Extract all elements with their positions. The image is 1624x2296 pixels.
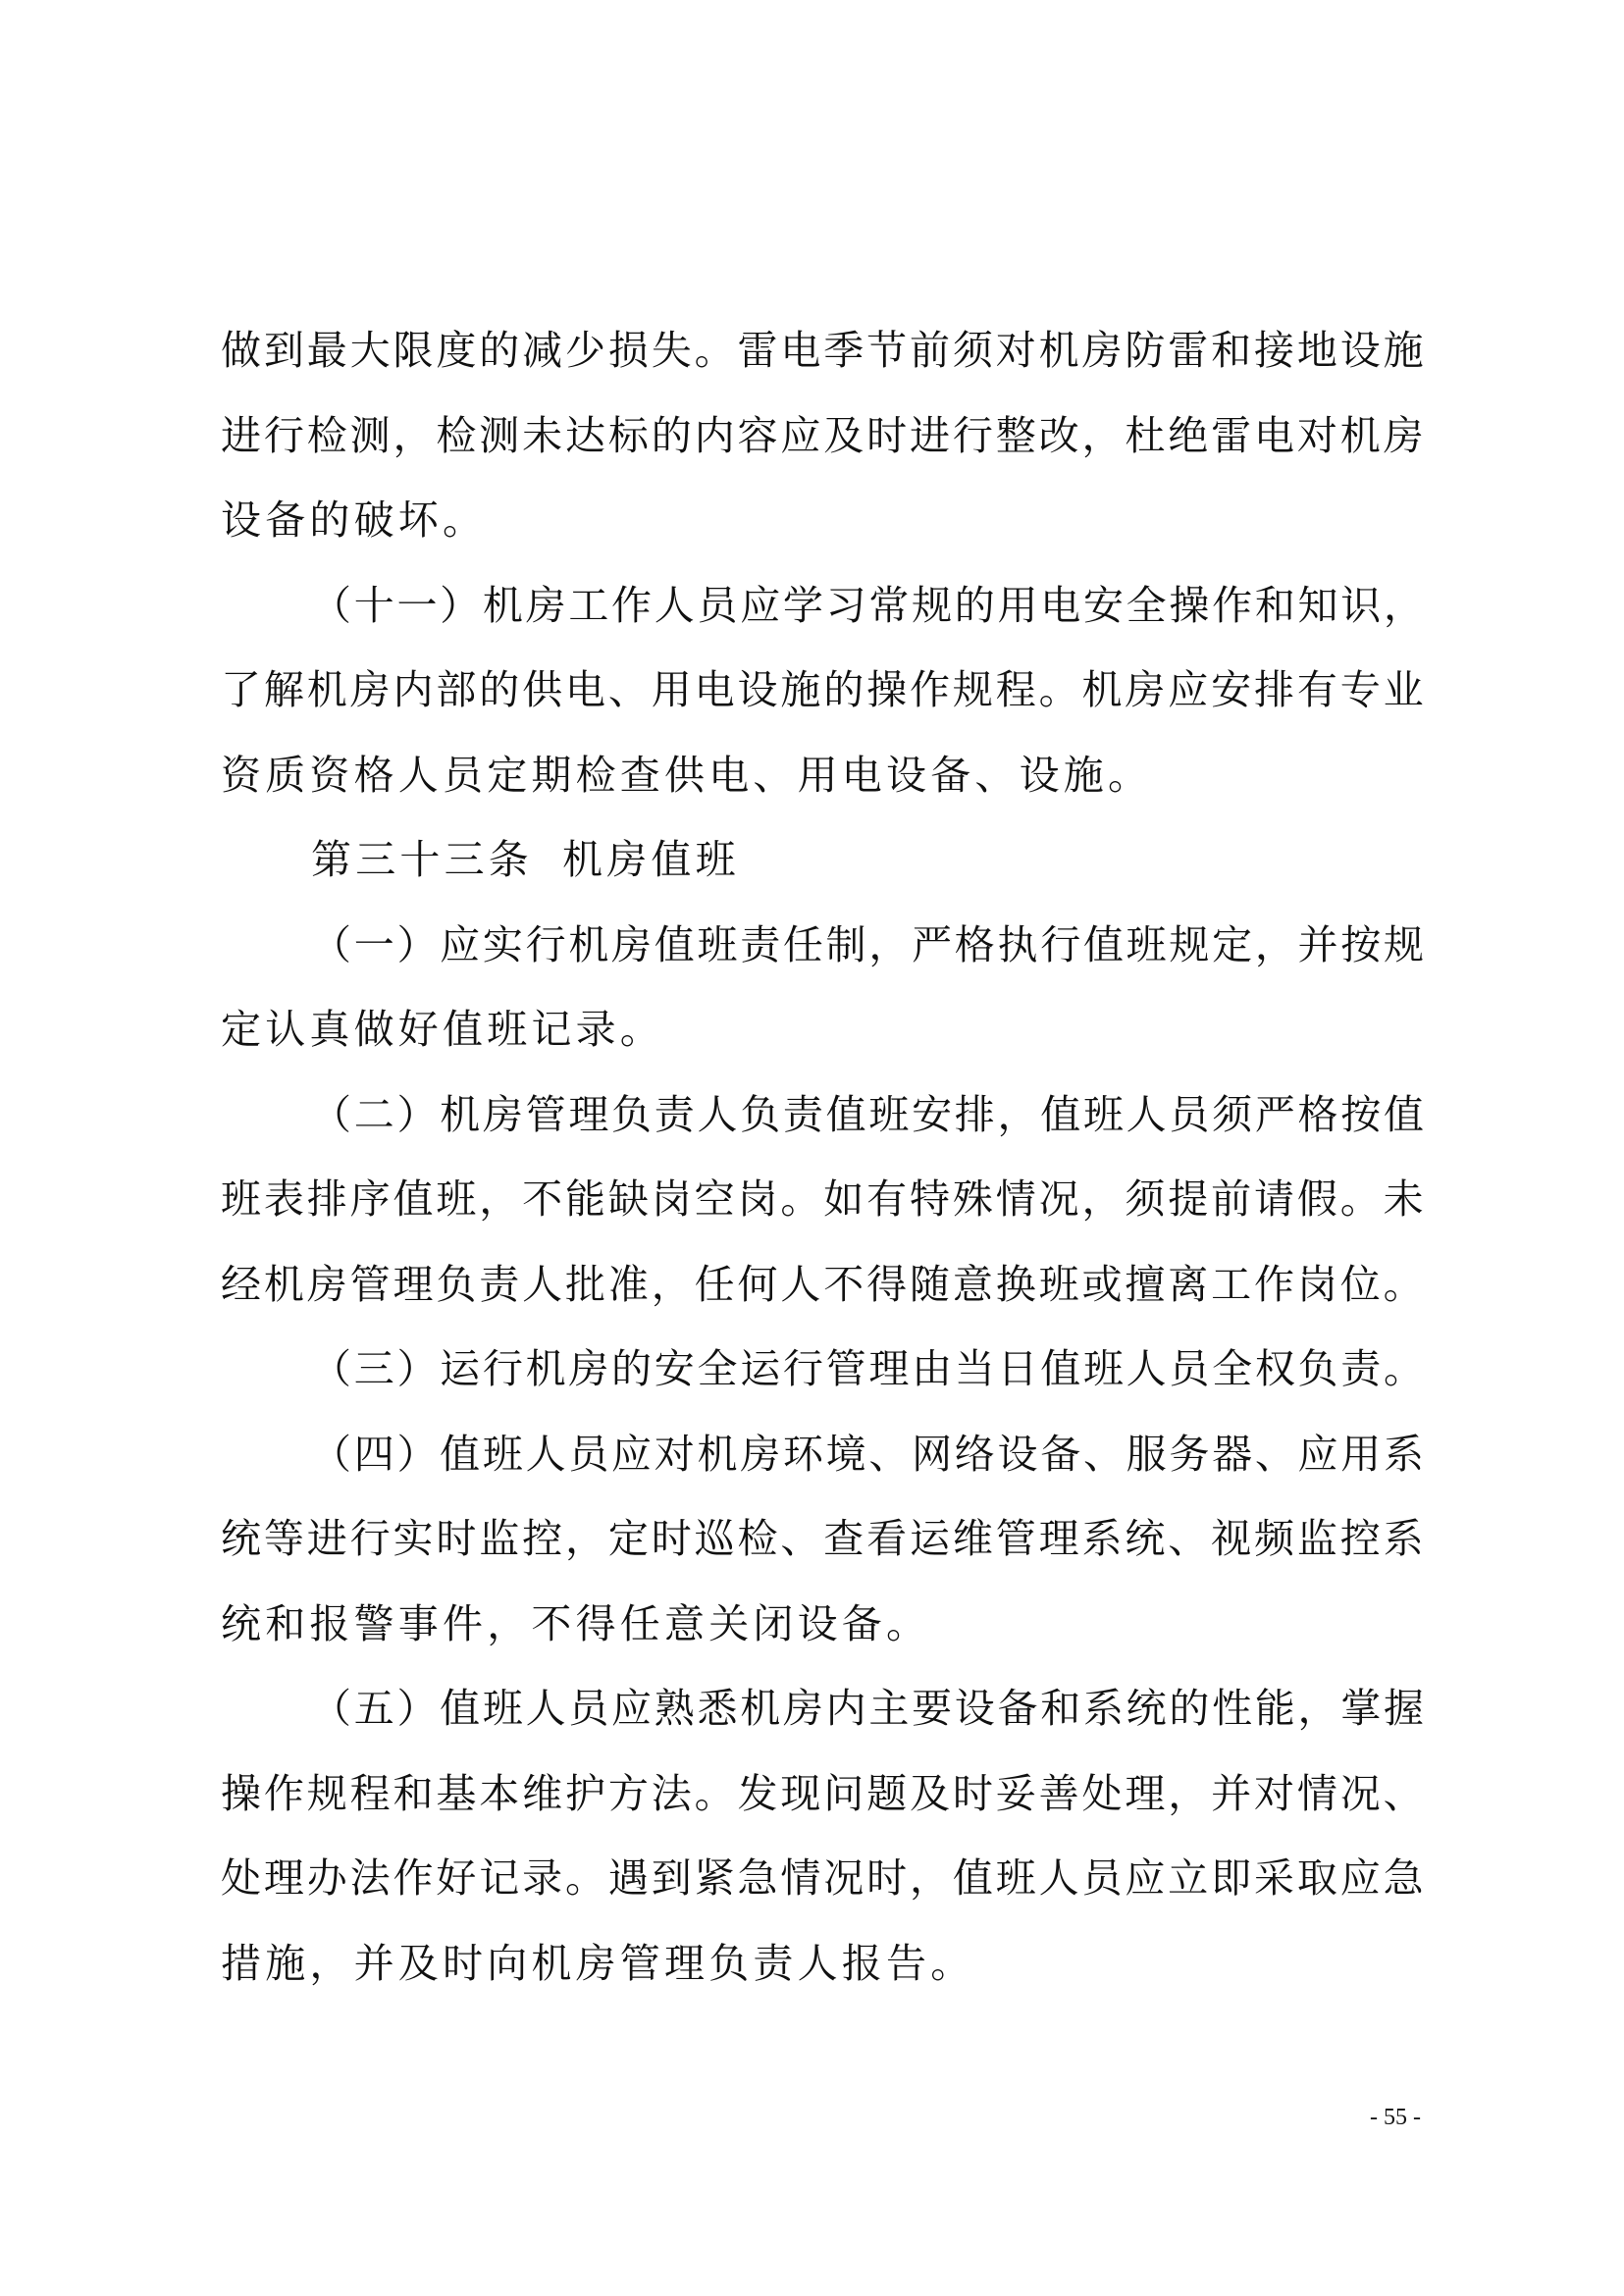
glyph: 全 [1126, 563, 1167, 649]
glyph: 。 [695, 1751, 735, 1837]
glyph: 况 [1039, 1157, 1079, 1242]
glyph: 记 [479, 1836, 519, 1921]
glyph: 季 [823, 308, 864, 393]
glyph: 行 [526, 903, 566, 988]
glyph: 程 [350, 1751, 391, 1837]
glyph: 。 [1340, 1157, 1381, 1242]
glyph: 排 [307, 1157, 347, 1242]
glyph: 作 [1254, 1242, 1294, 1328]
glyph: 殊 [953, 1157, 993, 1242]
glyph: 内 [695, 393, 735, 479]
glyph: 能 [1255, 1666, 1295, 1751]
glyph: 的 [479, 648, 519, 733]
glyph: 如 [823, 1157, 864, 1242]
glyph: 规 [1169, 903, 1209, 988]
glyph: 对 [1297, 393, 1337, 479]
text-line: 定认真做好值班记录。 [221, 987, 1424, 1072]
glyph: 施 [780, 648, 820, 733]
glyph: 电 [780, 308, 820, 393]
glyph: 责 [783, 1072, 823, 1158]
glyph: 失 [652, 308, 692, 393]
glyph: 检 [307, 393, 347, 479]
glyph: 监 [479, 1496, 519, 1582]
glyph: ） [440, 563, 480, 649]
glyph: 不 [522, 1157, 562, 1242]
glyph: 作 [910, 648, 950, 733]
glyph: 房 [740, 1412, 780, 1497]
glyph: 系 [1082, 1496, 1123, 1582]
glyph: 空 [695, 1157, 735, 1242]
glyph: 立 [1168, 1836, 1208, 1921]
glyph: 有 [1297, 648, 1337, 733]
glyph: 全 [1212, 1327, 1252, 1412]
glyph: 责 [479, 1242, 519, 1328]
glyph: 员 [1169, 1072, 1209, 1158]
glyph: 运 [440, 1327, 480, 1412]
glyph: 应 [440, 903, 480, 988]
glyph: 五 [354, 1666, 394, 1751]
glyph: 到 [652, 1836, 692, 1921]
glyph: 人 [1126, 1327, 1167, 1412]
glyph: 员 [568, 1412, 608, 1497]
glyph: 电 [1040, 563, 1080, 649]
glyph: 员 [1169, 1327, 1209, 1412]
glyph: 境 [826, 1412, 866, 1497]
glyph: 何 [738, 1242, 778, 1328]
text-line: 进行检测，检测未达标的内容应及时进行整改，杜绝雷电对机房 [221, 393, 1424, 479]
glyph: 班 [483, 1412, 523, 1497]
glyph: 班 [1039, 1242, 1079, 1328]
glyph: 机 [1082, 648, 1123, 733]
glyph: 减 [522, 308, 562, 393]
glyph: 房 [483, 1072, 523, 1158]
glyph: 规 [307, 1751, 347, 1837]
glyph: 班 [436, 1157, 476, 1242]
glyph: 理 [1125, 1751, 1165, 1837]
glyph: ， [1255, 903, 1295, 988]
glyph: 控 [522, 1496, 562, 1582]
glyph: 即 [1211, 1836, 1251, 1921]
glyph: 录 [522, 1836, 562, 1921]
glyph: 提 [1168, 1157, 1208, 1242]
glyph: 雷 [738, 308, 778, 393]
glyph: 检 [738, 1496, 778, 1582]
glyph: 班 [996, 1836, 1036, 1921]
glyph: 解 [264, 648, 304, 733]
glyph: 和 [393, 1751, 434, 1837]
glyph: 班 [1126, 903, 1167, 988]
glyph: 一 [396, 563, 437, 649]
glyph: 工 [568, 563, 608, 649]
glyph: 、 [608, 648, 649, 733]
glyph: 理 [393, 1242, 434, 1328]
glyph: 前 [1211, 1157, 1251, 1242]
glyph: 电 [565, 648, 605, 733]
glyph: 机 [1340, 393, 1381, 479]
glyph: 人 [526, 1412, 566, 1497]
glyph: 了 [221, 648, 261, 733]
glyph: 最 [307, 308, 347, 393]
glyph: 规 [1384, 903, 1424, 988]
glyph: 值 [1040, 1072, 1080, 1158]
glyph: 经 [221, 1242, 261, 1328]
glyph: 及 [823, 393, 864, 479]
paragraph-33-3: （三）运行机房的安全运行管理由当日值班人员全权负责。 [221, 1327, 1424, 1412]
glyph: ， [1168, 1751, 1208, 1837]
glyph: 度 [436, 308, 476, 393]
glyph: 。 [780, 1157, 820, 1242]
glyph: 办 [307, 1836, 347, 1921]
glyph: 设 [1340, 308, 1381, 393]
text-line: （二）机房管理负责人负责值班安排，值班人员须严格按值 [221, 1072, 1424, 1158]
glyph: 护 [565, 1751, 605, 1837]
glyph: 随 [910, 1242, 950, 1328]
glyph: 行 [350, 1496, 391, 1582]
glyph: 四 [354, 1412, 394, 1497]
glyph: 时 [866, 393, 907, 479]
text-line: 班表排序值班，不能缺岗空岗。如有特殊情况，须提前请假。未 [221, 1157, 1424, 1242]
glyph: 及 [910, 1751, 950, 1837]
glyph: 控 [1340, 1496, 1381, 1582]
glyph: 人 [526, 1666, 566, 1751]
glyph: 离 [1168, 1242, 1208, 1328]
text-line: 做到最大限度的减少损失。雷电季节前须对机房防雷和接地设施 [221, 308, 1424, 393]
glyph: 值 [826, 1072, 866, 1158]
glyph: 格 [1298, 1072, 1338, 1158]
glyph: ， [910, 1836, 950, 1921]
glyph: 主 [868, 1666, 909, 1751]
glyph: 换 [996, 1242, 1036, 1328]
glyph: ） [396, 903, 437, 988]
glyph: 负 [740, 1072, 780, 1158]
glyph: 班 [868, 1072, 909, 1158]
glyph: 房 [1082, 308, 1123, 393]
glyph: 执 [998, 903, 1038, 988]
glyph: 当 [955, 1327, 995, 1412]
glyph: 查 [823, 1496, 864, 1582]
glyph: 检 [436, 393, 476, 479]
glyph: 定 [608, 1496, 649, 1582]
glyph: 并 [1211, 1751, 1251, 1837]
glyph: 理 [568, 1072, 608, 1158]
paragraph-33-2: （二）机房管理负责人负责值班安排，值班人员须严格按值 班表排序值班，不能缺岗空岗… [221, 1072, 1424, 1328]
glyph: 本 [479, 1751, 519, 1837]
glyph: 、 [1168, 1496, 1208, 1582]
glyph: 机 [697, 1412, 737, 1497]
paragraph-33-5: （五）值班人员应熟悉机房内主要设备和系统的性能，掌握 操作规程和基本维护方法。发… [221, 1666, 1424, 2006]
glyph: 妥 [996, 1751, 1036, 1837]
paragraph-item-11: （十一）机房工作人员应学习常规的用电安全操作和知识， 了解机房内部的供电、用电设… [221, 563, 1424, 818]
glyph: 情 [780, 1836, 820, 1921]
glyph: （ [311, 563, 351, 649]
glyph: 值 [440, 1412, 480, 1497]
article-heading: 第三十三条机房值班 [221, 817, 1424, 903]
glyph: 由 [912, 1327, 952, 1412]
glyph: 用 [1340, 1412, 1381, 1497]
glyph: 到 [264, 308, 304, 393]
glyph: 时 [866, 1836, 907, 1921]
paragraph-33-1: （一）应实行机房值班责任制，严格执行值班规定，并按规 定认真做好值班记录。 [221, 903, 1424, 1072]
glyph: 内 [393, 648, 434, 733]
glyph: 安 [1211, 648, 1251, 733]
glyph: 未 [522, 393, 562, 479]
glyph: 情 [1297, 1751, 1337, 1837]
glyph: 房 [611, 903, 652, 988]
glyph: ， [1298, 1666, 1338, 1751]
glyph: 人 [522, 1242, 562, 1328]
glyph: 进 [307, 1496, 347, 1582]
glyph: 行 [483, 1327, 523, 1412]
glyph: 机 [483, 563, 523, 649]
glyph: 取 [1297, 1836, 1337, 1921]
glyph: 擅 [1125, 1242, 1165, 1328]
glyph: 、 [868, 1412, 909, 1497]
glyph: 的 [1169, 1666, 1209, 1751]
glyph: 程 [996, 648, 1036, 733]
glyph: 作 [611, 563, 652, 649]
glyph: 一 [354, 903, 394, 988]
glyph: 进 [910, 393, 950, 479]
glyph: 时 [953, 1751, 993, 1837]
glyph: 运 [740, 1327, 780, 1412]
article-heading-line: 第三十三条机房值班 [221, 817, 1424, 903]
glyph: 准 [608, 1242, 649, 1328]
glyph: 急 [738, 1836, 778, 1921]
glyph: 得 [866, 1242, 907, 1328]
text-line: （五）值班人员应熟悉机房内主要设备和系统的性能，掌握 [221, 1666, 1424, 1751]
glyph: 行 [1040, 903, 1080, 988]
glyph: （ [311, 1327, 351, 1412]
page-number: - 55 - [1370, 2103, 1421, 2132]
glyph: 责 [1340, 1327, 1381, 1412]
glyph: 和 [1211, 308, 1251, 393]
glyph: 熟 [655, 1666, 695, 1751]
glyph: 员 [568, 1666, 608, 1751]
glyph: 测 [479, 393, 519, 479]
glyph: 的 [479, 308, 519, 393]
glyph: 、 [780, 1496, 820, 1582]
glyph: 请 [1254, 1157, 1294, 1242]
glyph: 负 [611, 1072, 652, 1158]
glyph: 设 [738, 648, 778, 733]
glyph: 排 [1254, 648, 1294, 733]
glyph: 发 [738, 1751, 778, 1837]
glyph: 绝 [1168, 393, 1208, 479]
glyph: 业 [1384, 648, 1424, 733]
text-line: （十一）机房工作人员应学习常规的用电安全操作和知识， [221, 563, 1424, 649]
glyph: 设 [955, 1666, 995, 1751]
glyph: 应 [611, 1412, 652, 1497]
glyph: 位 [1340, 1242, 1381, 1328]
glyph: 限 [393, 308, 434, 393]
text-line: 统等进行实时监控，定时巡检、查看运维管理系统、视频监控系 [221, 1496, 1424, 1582]
glyph: 房 [1384, 393, 1424, 479]
glyph: 规 [912, 563, 952, 649]
glyph: 应 [1125, 1836, 1165, 1921]
glyph: 严 [912, 903, 952, 988]
glyph: 统 [221, 1496, 261, 1582]
glyph: 机 [440, 1072, 480, 1158]
glyph: 值 [953, 1836, 993, 1921]
glyph: 应 [1168, 648, 1208, 733]
glyph: 实 [483, 903, 523, 988]
glyph: 题 [866, 1751, 907, 1837]
text-line: （四）值班人员应对机房环境、网络设备、服务器、应用系 [221, 1412, 1424, 1497]
glyph: ， [868, 903, 909, 988]
glyph: 人 [655, 563, 695, 649]
glyph: 服 [1126, 1412, 1167, 1497]
glyph: 操 [221, 1751, 261, 1837]
glyph: 全 [697, 1327, 737, 1412]
glyph: 定 [1212, 903, 1252, 988]
glyph: 须 [1125, 1157, 1165, 1242]
article-number: 第三十三条 [311, 836, 533, 883]
glyph: 管 [996, 1496, 1036, 1582]
glyph: 大 [350, 308, 391, 393]
glyph: 的 [823, 648, 864, 733]
text-line: （一）应实行机房值班责任制，严格执行值班规定，并按规 [221, 903, 1424, 988]
glyph: 况 [823, 1836, 864, 1921]
glyph: 未 [1384, 1157, 1424, 1242]
glyph: 性 [1212, 1666, 1252, 1751]
glyph: 对 [655, 1412, 695, 1497]
glyph: 。 [1384, 1327, 1424, 1412]
glyph: 房 [783, 1666, 823, 1751]
glyph: ） [396, 1412, 437, 1497]
glyph: 岗 [738, 1157, 778, 1242]
glyph: 房 [1125, 648, 1165, 733]
glyph: 用 [652, 648, 692, 733]
glyph: 按 [1340, 1072, 1381, 1158]
glyph: 巡 [695, 1496, 735, 1582]
text-line: 操作规程和基本维护方法。发现问题及时妥善处理，并对情况、 [221, 1751, 1424, 1837]
glyph: ， [1384, 563, 1424, 649]
glyph: 要 [912, 1666, 952, 1751]
glyph: 容 [738, 393, 778, 479]
glyph: 对 [996, 308, 1036, 393]
glyph: 络 [955, 1412, 995, 1497]
glyph: 员 [697, 563, 737, 649]
glyph: 的 [955, 563, 995, 649]
glyph: 机 [1039, 308, 1079, 393]
glyph: 、 [1384, 1751, 1424, 1837]
glyph: 标 [608, 393, 649, 479]
glyph: 制 [826, 903, 866, 988]
glyph: 现 [780, 1751, 820, 1837]
glyph: 电 [1254, 393, 1294, 479]
glyph: 知 [1298, 563, 1338, 649]
glyph: 统 [1126, 1666, 1167, 1751]
glyph: 监 [1297, 1496, 1337, 1582]
glyph: ， [1082, 1157, 1123, 1242]
glyph: 班 [697, 903, 737, 988]
document-body: 做到最大限度的减少损失。雷电季节前须对机房防雷和接地设施 进行检测，检测未达标的… [221, 308, 1424, 2006]
glyph: 操 [866, 648, 907, 733]
glyph: 的 [652, 393, 692, 479]
glyph: 环 [783, 1412, 823, 1497]
glyph: 处 [221, 1836, 261, 1921]
glyph: 损 [608, 308, 649, 393]
glyph: 管 [826, 1327, 866, 1412]
text-line: 统和报警事件，不得任意关闭设备。 [221, 1582, 1424, 1667]
glyph: 班 [483, 1666, 523, 1751]
glyph: 批 [565, 1242, 605, 1328]
glyph: 人 [1039, 1836, 1079, 1921]
glyph: 法 [652, 1751, 692, 1837]
glyph: 特 [910, 1157, 950, 1242]
glyph: 等 [264, 1496, 304, 1582]
glyph: 表 [264, 1157, 304, 1242]
glyph: 悉 [697, 1666, 737, 1751]
text-line: （三）运行机房的安全运行管理由当日值班人员全权负责。 [221, 1327, 1424, 1412]
glyph: 握 [1384, 1666, 1424, 1751]
glyph: 值 [1083, 903, 1124, 988]
text-line: 处理办法作好记录。遇到紧急情况时，值班人员应立即采取应急 [221, 1836, 1424, 1921]
glyph: 权 [1255, 1327, 1295, 1412]
glyph: 须 [953, 308, 993, 393]
glyph: 系 [1384, 1496, 1424, 1582]
glyph: 的 [611, 1327, 652, 1412]
glyph: 理 [868, 1327, 909, 1412]
glyph: 时 [652, 1496, 692, 1582]
glyph: 学 [783, 563, 823, 649]
glyph: ， [565, 1496, 605, 1582]
glyph: 法 [350, 1836, 391, 1921]
glyph: 、 [1083, 1412, 1124, 1497]
glyph: 善 [1039, 1751, 1079, 1837]
glyph: 应 [1298, 1412, 1338, 1497]
glyph: 人 [697, 1072, 737, 1158]
glyph: 假 [1297, 1157, 1337, 1242]
glyph: 作 [1212, 563, 1252, 649]
glyph: ， [1082, 393, 1123, 479]
glyph: 值 [655, 903, 695, 988]
glyph: 任 [783, 903, 823, 988]
glyph: 地 [1297, 308, 1337, 393]
glyph: 整 [996, 393, 1036, 479]
glyph: 班 [221, 1157, 261, 1242]
glyph: 问 [823, 1751, 864, 1837]
glyph: （ [311, 1412, 351, 1497]
glyph: （ [311, 1072, 351, 1158]
glyph: ） [396, 1072, 437, 1158]
glyph: 对 [1254, 1751, 1294, 1837]
glyph: 做 [221, 308, 261, 393]
glyph: 设 [998, 1412, 1038, 1497]
glyph: 严 [1255, 1072, 1295, 1158]
glyph: 、 [1255, 1412, 1295, 1497]
glyph: 理 [1039, 1496, 1079, 1582]
glyph: 务 [1169, 1412, 1209, 1497]
glyph: 岗 [652, 1157, 692, 1242]
glyph: 机 [307, 648, 347, 733]
glyph: 况 [1340, 1751, 1381, 1837]
glyph: 视 [1211, 1496, 1251, 1582]
glyph: 意 [953, 1242, 993, 1328]
glyph: 改 [1039, 393, 1079, 479]
glyph: 作 [393, 1836, 434, 1921]
glyph: 应 [1340, 1836, 1381, 1921]
glyph: 排 [955, 1072, 995, 1158]
glyph: 房 [307, 1242, 347, 1328]
glyph: 进 [221, 393, 261, 479]
glyph: 值 [1040, 1327, 1080, 1412]
glyph: 房 [568, 1327, 608, 1412]
glyph: 供 [522, 648, 562, 733]
glyph: 值 [440, 1666, 480, 1751]
glyph: 作 [264, 1751, 304, 1837]
glyph: 管 [350, 1242, 391, 1328]
